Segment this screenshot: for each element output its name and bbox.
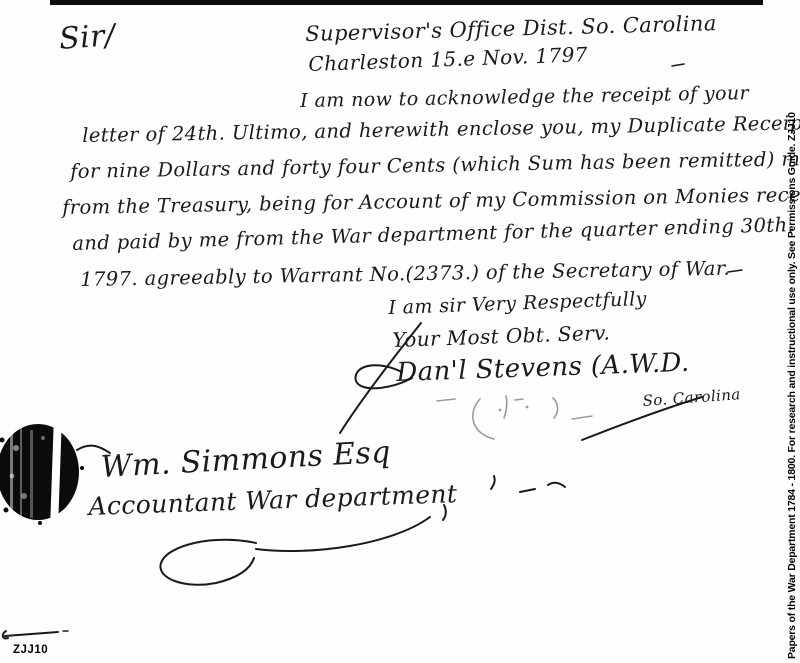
heading-office-line: Supervisor's Office Dist. So. Carolina [305, 11, 717, 46]
ink-blot [0, 418, 91, 528]
address-title-line: Accountant War department [88, 479, 458, 521]
body-line-3: for nine Dollars and forty four Cents (w… [70, 147, 800, 183]
closing-line-1: I am sir Very Respectfully [388, 288, 647, 319]
signature-line: Dan'l Stevens (A.W.D. [396, 348, 690, 388]
signature-place-line: So. Carolina [642, 385, 741, 410]
address-name-line: Wm. Simmons Esq [100, 435, 392, 485]
scanned-letter-page: Sir/ Supervisor's Office Dist. So. Carol… [0, 0, 800, 663]
scan-edge-bar [50, 0, 763, 5]
salutation-line: Sir/ [58, 18, 117, 57]
closing-line-2: Your Most Obt. Serv. [392, 320, 611, 352]
body-line-2: letter of 24th. Ultimo, and herewith enc… [82, 111, 800, 147]
body-line-1: I am now to acknowledge the receipt of y… [300, 82, 749, 112]
body-line-5: and paid by me from the War department f… [72, 212, 800, 255]
sidebar-usage-text: Papers of the War Department 1784 - 1800… [785, 3, 799, 659]
body-line-4: from the Treasury, being for Account of … [62, 182, 800, 219]
heading-date-line: Charleston 15.e Nov. 1797 [308, 42, 588, 76]
body-line-6: 1797. agreeably to Warrant No.(2373.) of… [80, 257, 730, 291]
corner-id-label: ZJJ10 [13, 644, 48, 656]
